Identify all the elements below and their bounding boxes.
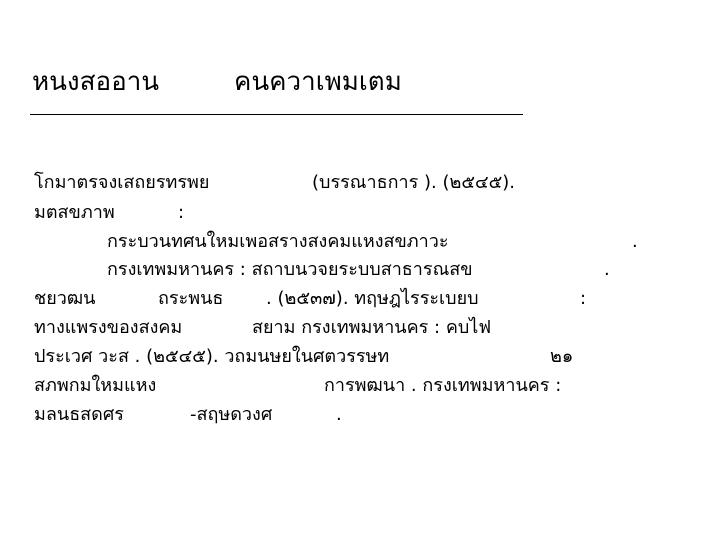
ref2-author-last: ถระพนธ	[158, 284, 223, 313]
ref2-subtitle: ทางแพรงของสงคม	[34, 313, 182, 342]
ref1-period: .	[632, 227, 638, 256]
reference-1-line-1: โกมาตรจงเสถยรทรพย (บรรณาธการ ). (๒๕๔๕).	[34, 168, 594, 197]
ref2-publisher: สยาม กรงเทพมหานคร : คบไฟ	[252, 313, 491, 342]
reference-3-line-2: สภพกมใหมแหง การพฒนา . กรงเทพมหานคร :	[34, 371, 634, 400]
ref1-colon: :	[178, 198, 184, 227]
ref1-editor-year: (บรรณาธการ ). (๒๕๔๕).	[312, 168, 515, 197]
ref2-year-title: . (๒๕๓๗). ทฤษฎไรระเบยบ	[266, 284, 479, 313]
ref3-foundation-2: -สฤษดวงศ	[190, 400, 272, 429]
ref3-subtitle: สภพกมใหมแหง	[34, 371, 156, 400]
ref3-century: ๒๑	[550, 342, 573, 371]
ref3-author-year-title: ประเวศ วะส . (๒๕๔๕). วถมนษยในศตวรรษท	[34, 342, 389, 371]
ref3-period: .	[336, 400, 342, 429]
ref3-foundation: มลนธสดศร	[34, 400, 124, 429]
reference-2-line-2: ทางแพรงของสงคม สยาม กรงเทพมหานคร : คบไฟ	[34, 313, 614, 342]
title-part-2: คนควาเพมเตม	[234, 66, 402, 98]
title-part-1: หนงสออาน	[32, 66, 159, 98]
ref1-title-part: มตสขภาพ	[34, 198, 115, 227]
ref3-publisher: การพฒนา . กรงเทพมหานคร :	[324, 371, 561, 400]
ref1-publisher: กรงเทพมหานคร : สถาบนวจยระบบสาธารณสข	[107, 255, 473, 284]
ref2-colon: :	[580, 284, 586, 313]
ref1-author: โกมาตรจงเสถยรทรพย	[34, 168, 209, 197]
reference-1-line-2: มตสขภาพ :	[34, 198, 334, 227]
title-divider	[30, 114, 523, 115]
reference-1-line-3: กระบวนทศนใหมเพอสรางสงคมแหงสขภาวะ .	[107, 227, 647, 256]
reference-3-line-3: มลนธสดศร -สฤษดวงศ .	[34, 400, 374, 429]
reference-2-line-1: ชยวฒน ถระพนธ . (๒๕๓๗). ทฤษฎไรระเบยบ :	[34, 284, 604, 313]
ref1-subtitle: กระบวนทศนใหมเพอสรางสงคมแหงสขภาวะ	[107, 227, 449, 256]
ref1-period-2: .	[604, 255, 610, 284]
ref2-author-first: ชยวฒน	[34, 284, 95, 313]
reference-1-line-4: กรงเทพมหานคร : สถาบนวจยระบบสาธารณสข .	[107, 255, 627, 284]
reference-3-line-1: ประเวศ วะส . (๒๕๔๕). วถมนษยในศตวรรษท ๒๑	[34, 342, 604, 371]
